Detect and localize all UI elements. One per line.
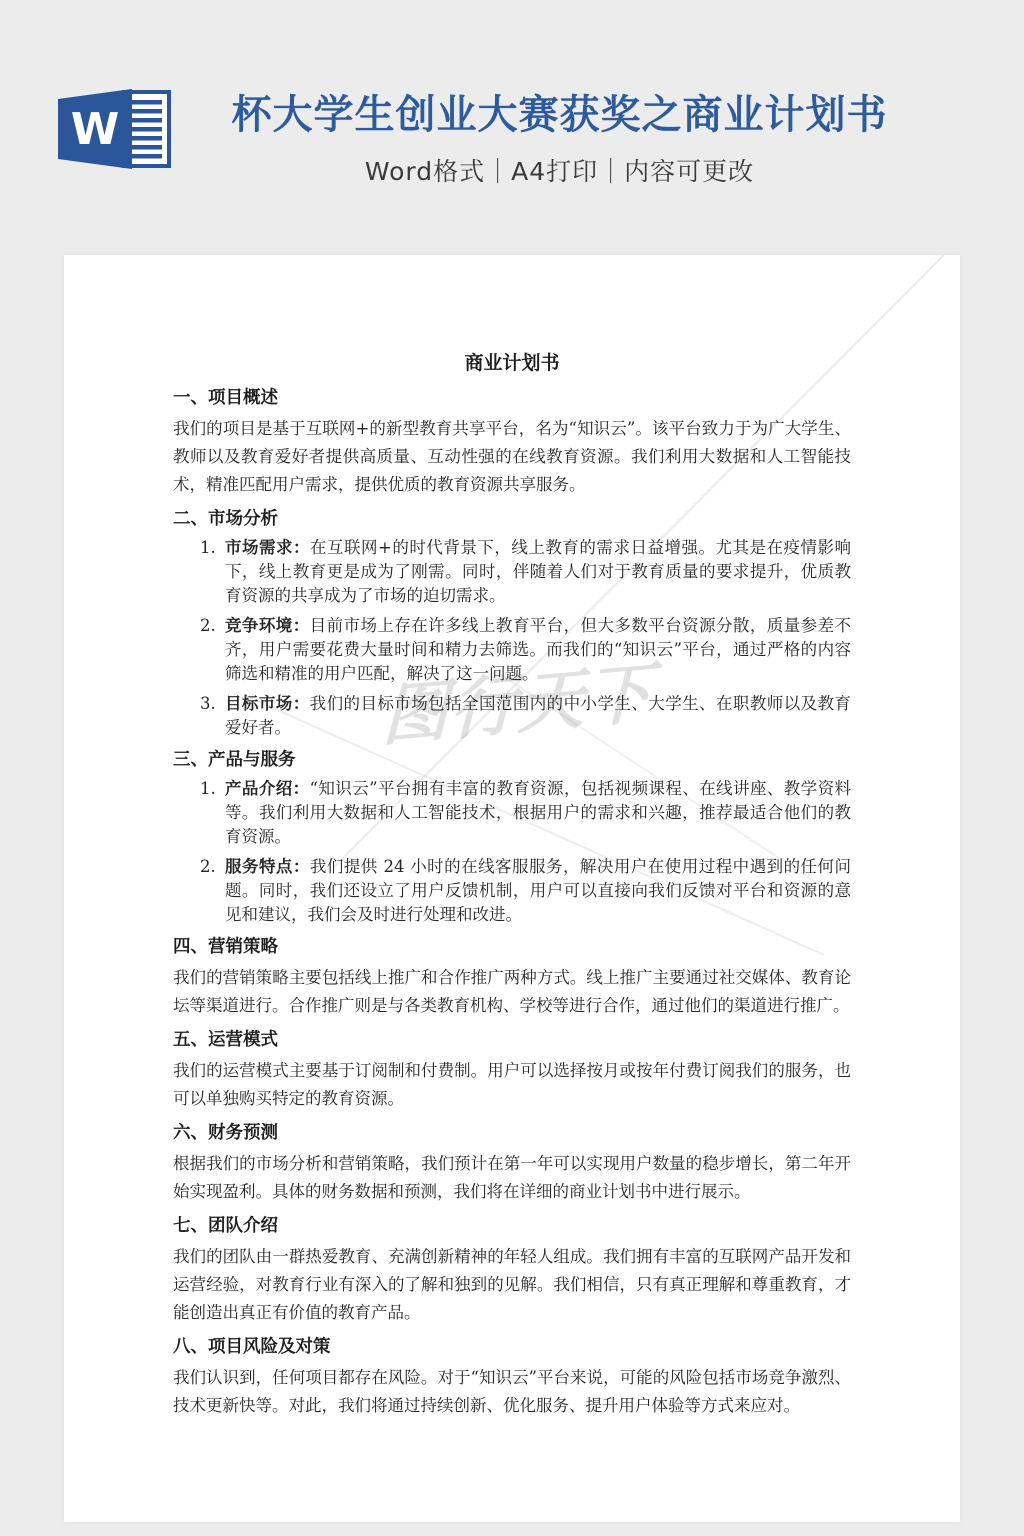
list-item-label: 市场需求： [225,538,310,557]
document-page: 图行天下 商业计划书一、项目概述我们的项目是基于互联网+的新型教育共享平台，名为… [64,255,960,1522]
list-item-body: 竞争环境：目前市场上存在许多线上教育平台，但大多数平台资源分散，质量参差不齐，用… [225,614,851,686]
section-heading: 七、团队介绍 [173,1214,851,1239]
list-item-text: 在互联网+的时代背景下，线上教育的需求日益增强。尤其是在疫情影响下，线上教育更是… [225,538,851,605]
list-item-text: 我们提供 24 小时的在线客服服务，解决用户在使用过程中遇到的任何问题。同时，我… [225,857,851,924]
header: W 杯大学生创业大赛获奖之商业计划书 Word格式｜A4打印｜内容可更改 [0,0,1024,255]
list-item: 1.市场需求：在互联网+的时代背景下，线上教育的需求日益增强。尤其是在疫情影响下… [200,536,851,608]
list-item-number: 2. [200,614,225,686]
list-item-body: 产品介绍：“知识云”平台拥有丰富的教育资源，包括视频课程、在线讲座、教学资料等。… [225,777,851,849]
header-text: 杯大学生创业大赛获奖之商业计划书 Word格式｜A4打印｜内容可更改 [95,0,1024,188]
list-item-label: 服务特点： [225,857,310,876]
template-title: 杯大学生创业大赛获奖之商业计划书 [95,90,1024,140]
section-heading: 一、项目概述 [173,386,851,411]
word-icon-letter: W [71,104,120,155]
list-item-number: 1. [200,536,225,608]
list-item-text: 目前市场上存在许多线上教育平台，但大多数平台资源分散，质量参差不齐，用户需要花费… [225,616,851,683]
word-icon: W [58,88,173,170]
list-item-text: “知识云”平台拥有丰富的教育资源，包括视频课程、在线讲座、教学资料等。我们利用大… [225,779,851,846]
list-item: 3.目标市场：我们的目标市场包括全国范围内的中小学生、大学生、在职教师以及教育爱… [200,692,851,740]
list-item-label: 产品介绍： [225,779,310,798]
template-subtitle: Word格式｜A4打印｜内容可更改 [95,152,1024,188]
list-item-label: 目标市场： [225,694,310,713]
list-item-number: 1. [200,777,225,849]
paragraph: 我们的团队由一群热爱教育、充满创新精神的年轻人组成。我们拥有丰富的互联网产品开发… [173,1243,851,1327]
paragraph: 根据我们的市场分析和营销策略，我们预计在第一年可以实现用户数量的稳步增长，第二年… [173,1150,851,1206]
list-item-body: 服务特点：我们提供 24 小时的在线客服服务，解决用户在使用过程中遇到的任何问题… [225,855,851,927]
paragraph: 我们的项目是基于互联网+的新型教育共享平台，名为“知识云”。该平台致力于为广大学… [173,415,851,499]
section-heading: 三、产品与服务 [173,748,851,773]
numbered-list: 1.产品介绍：“知识云”平台拥有丰富的教育资源，包括视频课程、在线讲座、教学资料… [173,777,851,927]
list-item: 2.服务特点：我们提供 24 小时的在线客服服务，解决用户在使用过程中遇到的任何… [200,855,851,927]
paragraph: 我们的营销策略主要包括线上推广和合作推广两种方式。线上推广主要通过社交媒体、教育… [173,964,851,1020]
list-item-number: 3. [200,692,225,740]
paragraph: 我们的运营模式主要基于订阅制和付费制。用户可以选择按月或按年付费订阅我们的服务，… [173,1057,851,1113]
section-heading: 六、财务预测 [173,1121,851,1146]
list-item-label: 竞争环境： [225,616,310,635]
list-item: 1.产品介绍：“知识云”平台拥有丰富的教育资源，包括视频课程、在线讲座、教学资料… [200,777,851,849]
list-item: 2.竞争环境：目前市场上存在许多线上教育平台，但大多数平台资源分散，质量参差不齐… [200,614,851,686]
list-item-body: 市场需求：在互联网+的时代背景下，线上教育的需求日益增强。尤其是在疫情影响下，线… [225,536,851,608]
paragraph: 我们认识到，任何项目都存在风险。对于“知识云”平台来说，可能的风险包括市场竞争激… [173,1364,851,1420]
list-item-text: 我们的目标市场包括全国范围内的中小学生、大学生、在职教师以及教育爱好者。 [225,694,851,737]
document-title: 商业计划书 [173,351,851,376]
list-item-number: 2. [200,855,225,927]
section-heading: 二、市场分析 [173,507,851,532]
section-heading: 四、营销策略 [173,935,851,960]
section-heading: 五、运营模式 [173,1028,851,1053]
document-content: 商业计划书一、项目概述我们的项目是基于互联网+的新型教育共享平台，名为“知识云”… [64,255,960,1420]
numbered-list: 1.市场需求：在互联网+的时代背景下，线上教育的需求日益增强。尤其是在疫情影响下… [173,536,851,740]
section-heading: 八、项目风险及对策 [173,1335,851,1360]
list-item-body: 目标市场：我们的目标市场包括全国范围内的中小学生、大学生、在职教师以及教育爱好者… [225,692,851,740]
